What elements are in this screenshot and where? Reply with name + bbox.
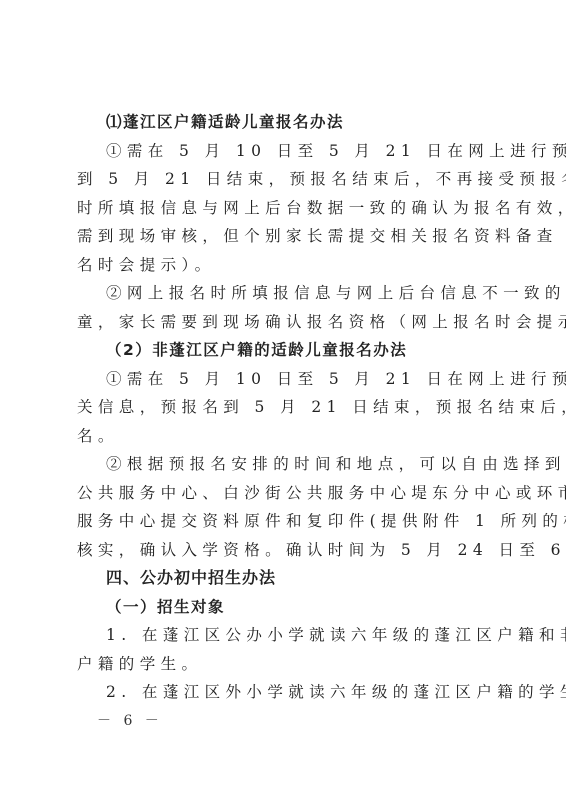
list-item-line: 1. 在蓬江区公办小学就读六年级的蓬江区户籍和非蓬江区 — [77, 621, 493, 650]
section-heading-nonlocal-registration: （2）非蓬江区户籍的适龄儿童报名办法 — [77, 336, 493, 365]
paragraph-line: 服务中心提交资料原件和复印件(提供附件 1 所列的相关材料) — [77, 507, 493, 536]
chapter-heading-junior-high: 四、公办初中招生办法 — [77, 564, 493, 593]
paragraph-line: ②根据预报名安排的时间和地点，可以自由选择到白沙街 — [77, 450, 493, 479]
paragraph-line: ②网上报名时所填报信息与网上后台信息不一致的适龄儿 — [77, 279, 493, 308]
section-heading-local-registration: ⑴蓬江区户籍适龄儿童报名办法 — [77, 108, 493, 137]
list-item-line: 2. 在蓬江区外小学就读六年级的蓬江区户籍的学生。 — [77, 678, 493, 707]
page-number: － 6 － — [97, 710, 163, 730]
document-page: ⑴蓬江区户籍适龄儿童报名办法 ①需在 5 月 10 日至 5 月 21 日在网上… — [77, 108, 493, 707]
paragraph-line: ①需在 5 月 10 日至 5 月 21 日在网上进行预报名，预报名 — [77, 137, 493, 166]
paragraph-line: 关信息，预报名到 5 月 21 日结束，预报名结束后，不再接受报 — [77, 393, 493, 422]
paragraph-line: 名时会提示）。 — [77, 251, 493, 280]
subsection-heading-enrollment-targets: （一）招生对象 — [77, 593, 493, 622]
paragraph-line: 需到现场审核，但个别家长需提交相关报名资料备查（网上报 — [77, 222, 493, 251]
list-item-line: 户籍的学生。 — [77, 650, 493, 679]
paragraph-line: 公共服务中心、白沙街公共服务中心堤东分中心或环市街公共 — [77, 479, 493, 508]
paragraph-line: ①需在 5 月 10 日至 5 月 21 日在网上进行预报名，填写相 — [77, 365, 493, 394]
paragraph-line: 时所填报信息与网上后台数据一致的确认为报名有效，家长不 — [77, 194, 493, 223]
paragraph-line: 名。 — [77, 422, 493, 451]
paragraph-line: 童，家长需要到现场确认报名资格（网上报名时会提示）。 — [77, 308, 493, 337]
paragraph-line: 核实，确认入学资格。确认时间为 5 月 24 日至 6 月 11 日。 — [77, 536, 493, 565]
paragraph-line: 到 5 月 21 日结束，预报名结束后，不再接受预报名。网上报名 — [77, 165, 493, 194]
